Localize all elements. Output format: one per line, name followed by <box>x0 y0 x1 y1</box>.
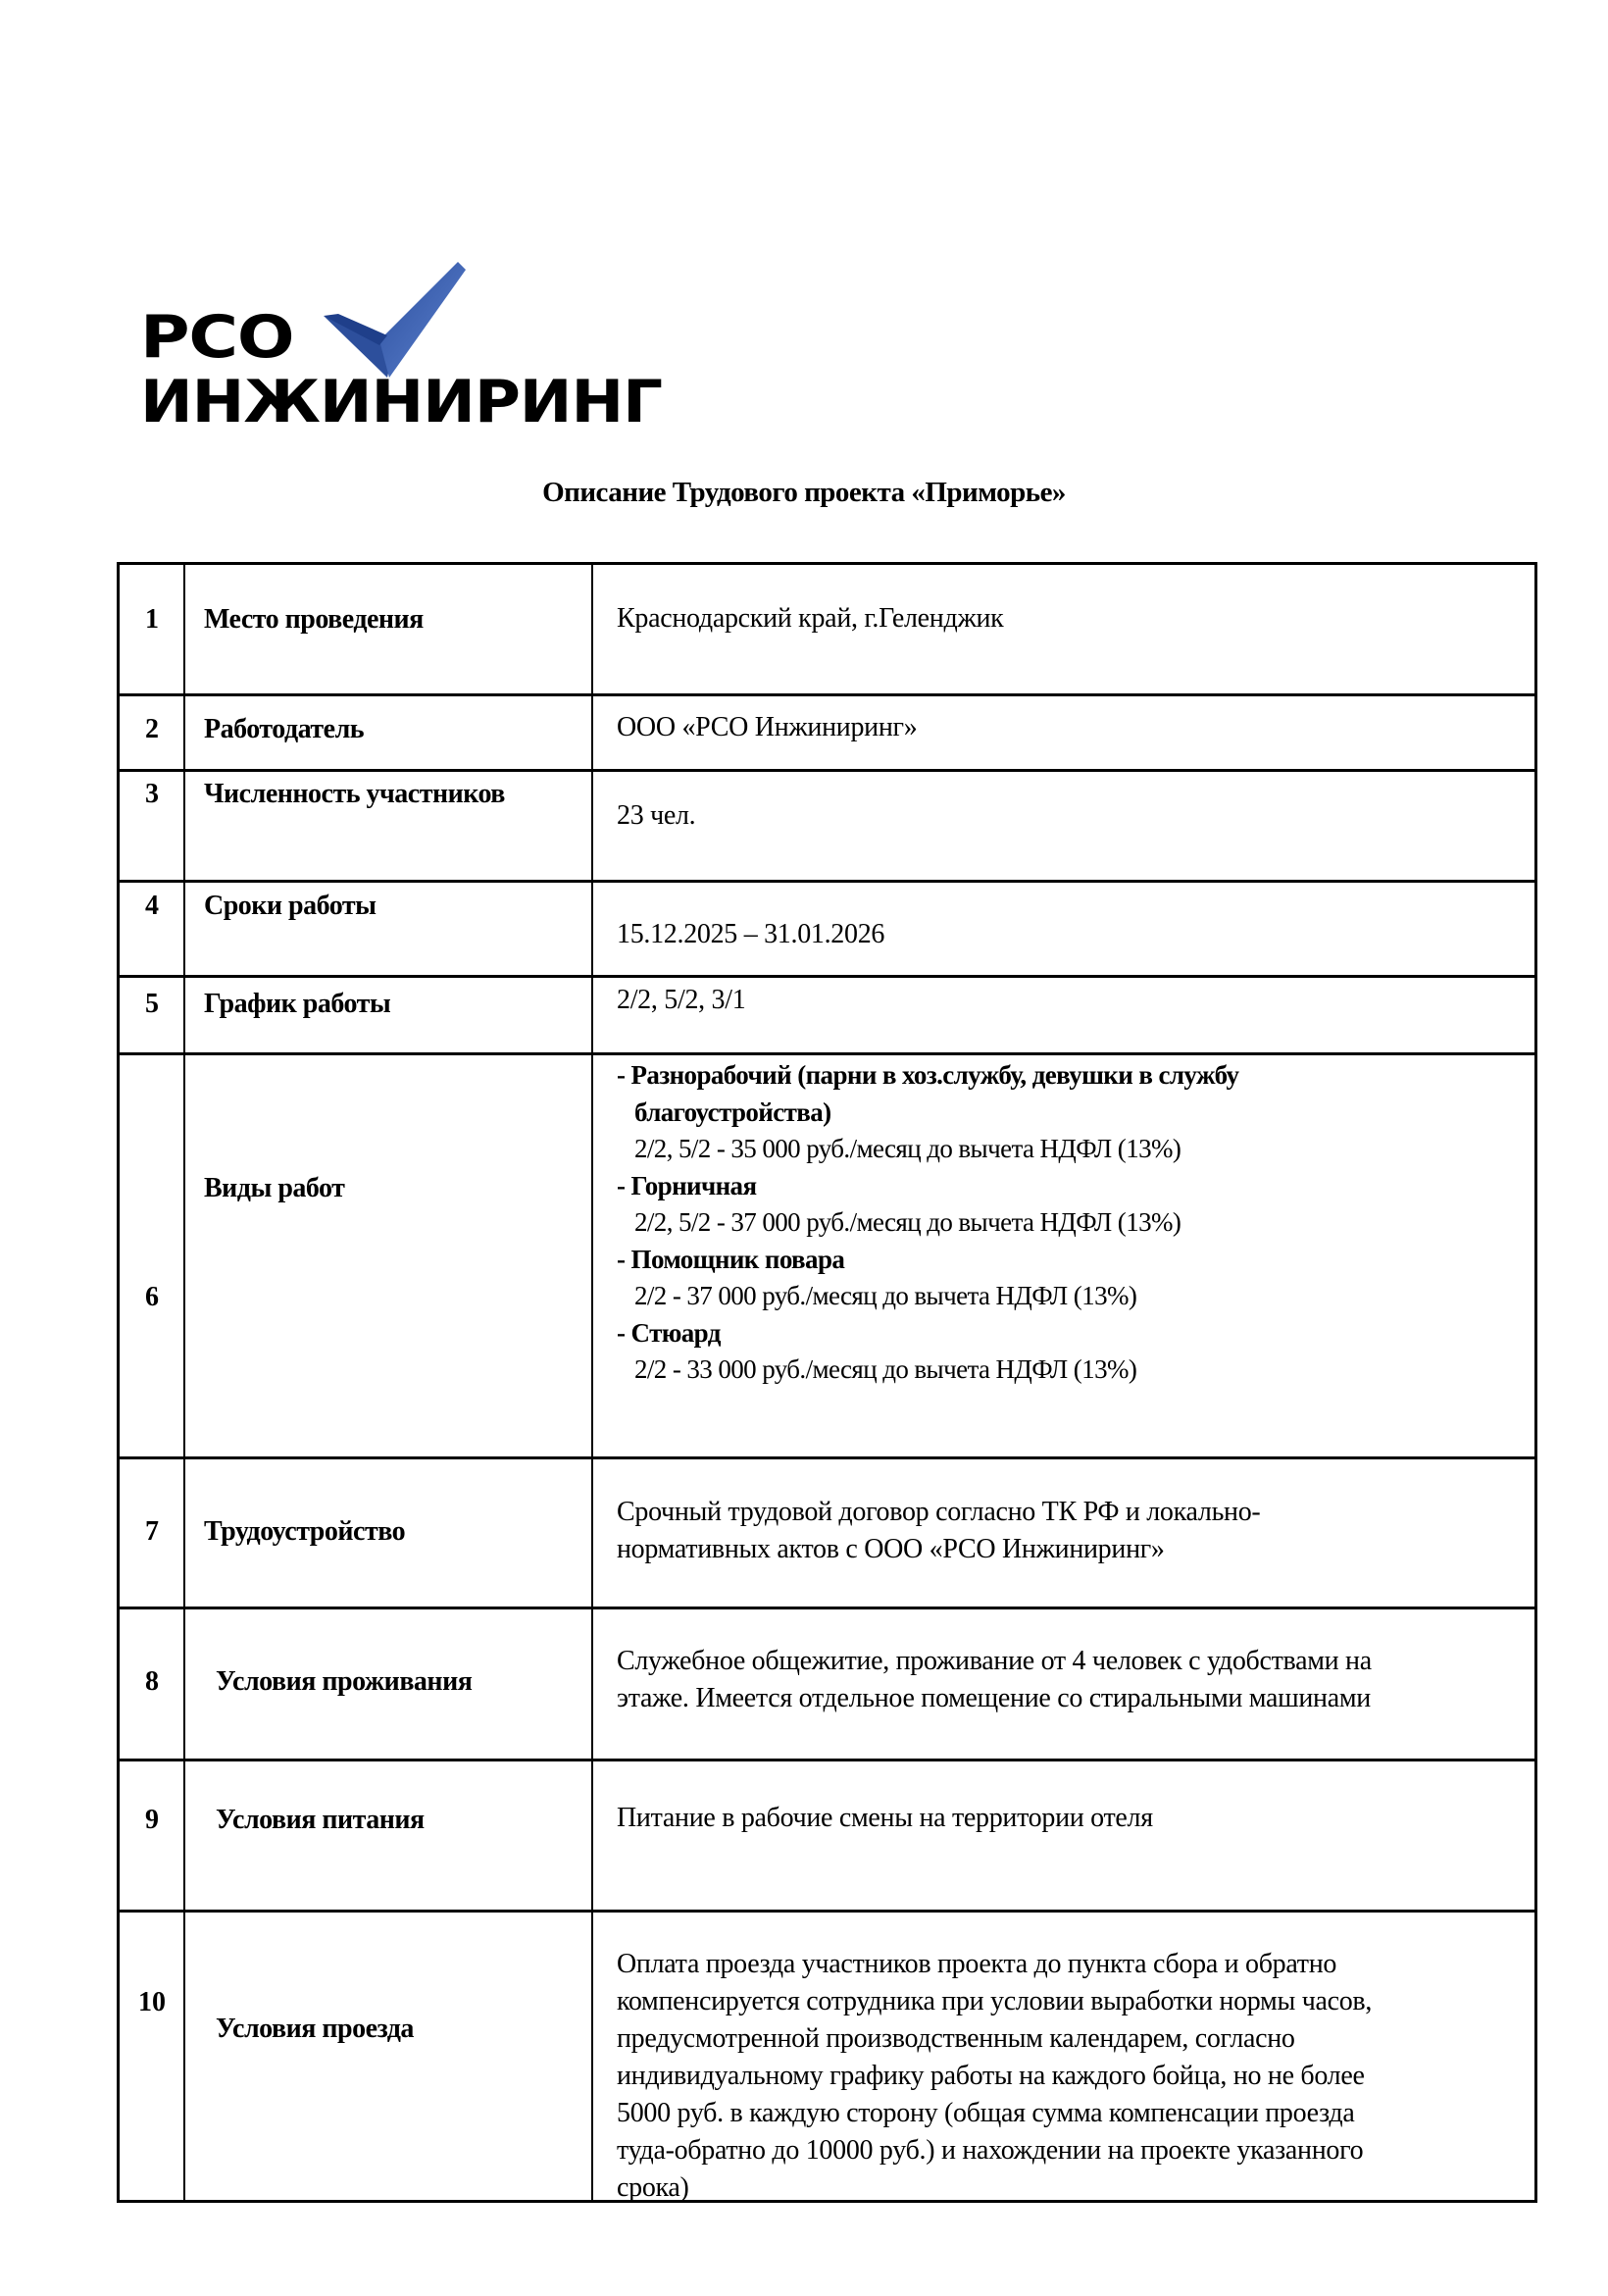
row-number: 1 <box>120 565 184 696</box>
job-detail: 2/2, 5/2 - 37 000 руб./месяц до вычета Н… <box>617 1204 1238 1242</box>
value-line: 5000 руб. в каждую сторону (общая сумма … <box>617 2095 1354 2132</box>
row-value: Питание в рабочие смены на территории от… <box>594 1761 1534 1913</box>
table-row: 7 Трудоустройство Срочный трудовой догов… <box>120 1456 1534 1609</box>
row-value: Краснодарский край, г.Геленджик <box>594 565 1534 696</box>
row-value-jobs: - Разнорабочий (парни в хоз.службу, деву… <box>594 1055 1534 1459</box>
project-table: 1 Место проведения Краснодарский край, г… <box>117 562 1537 2203</box>
value-line: Срочный трудовой договор согласно ТК РФ … <box>617 1494 1260 1531</box>
row-label: Условия проезда <box>186 1913 592 2203</box>
row-label: Численность участников <box>186 772 592 883</box>
value-line: компенсируется сотрудника при условии вы… <box>617 1983 1372 2020</box>
logo-text-engineering: ИНЖИНИРИНГ <box>140 373 662 432</box>
row-number: 4 <box>120 883 184 978</box>
row-number: 8 <box>120 1609 184 1761</box>
company-logo: РСО ИНЖИНИРИНГ <box>137 255 784 432</box>
row-number: 3 <box>120 772 184 883</box>
value-line: предусмотренной производственным календа… <box>617 2020 1295 2058</box>
job-title: - Помощник повара <box>617 1242 1238 1279</box>
page-title: Описание Трудового проекта «Приморье» <box>0 477 1608 509</box>
table-row: 3 Численность участников 23 чел. <box>120 769 1534 883</box>
row-label: Работодатель <box>186 696 592 772</box>
row-label: Виды работ <box>186 1055 592 1459</box>
row-label: Место проведения <box>186 565 592 696</box>
table-row: 6 Виды работ - Разнорабочий (парни в хоз… <box>120 1052 1534 1459</box>
row-value: Служебное общежитие, проживание от 4 чел… <box>594 1609 1534 1761</box>
row-number: 6 <box>120 1055 184 1459</box>
value-line: индивидуальному графику работы на каждог… <box>617 2058 1365 2095</box>
row-number: 5 <box>120 978 184 1055</box>
job-title: - Разнорабочий (парни в хоз.службу, деву… <box>617 1057 1238 1095</box>
row-number: 2 <box>120 696 184 772</box>
row-label: График работы <box>186 978 592 1055</box>
value-line: Служебное общежитие, проживание от 4 чел… <box>617 1643 1372 1680</box>
value-line: Оплата проезда участников проекта до пун… <box>617 1946 1336 1983</box>
value-line: нормативных актов с ООО «РСО Инжиниринг» <box>617 1531 1165 1568</box>
job-title-continued: благоустройства) <box>617 1095 1238 1132</box>
table-row: 8 Условия проживания Служебное общежитие… <box>120 1607 1534 1761</box>
job-detail: 2/2, 5/2 - 35 000 руб./месяц до вычета Н… <box>617 1131 1238 1168</box>
row-number: 9 <box>120 1761 184 1913</box>
row-label: Условия питания <box>186 1761 592 1913</box>
checkmark-icon <box>319 255 466 383</box>
value-line: туда-обратно до 10000 руб.) и нахождении… <box>617 2132 1363 2169</box>
row-value: 15.12.2025 – 31.01.2026 <box>594 883 1534 978</box>
job-detail: 2/2 - 37 000 руб./месяц до вычета НДФЛ (… <box>617 1278 1238 1315</box>
job-title: - Горничная <box>617 1168 1238 1205</box>
table-row: 2 Работодатель ООО «РСО Инжиниринг» <box>120 693 1534 772</box>
row-value: 23 чел. <box>594 772 1534 883</box>
row-label: Трудоустройство <box>186 1459 592 1609</box>
table-row: 10 Условия проезда Оплата проезда участн… <box>120 1910 1534 2203</box>
value-line: срока) <box>617 2169 689 2207</box>
row-label: Сроки работы <box>186 883 592 978</box>
table-row: 9 Условия питания Питание в рабочие смен… <box>120 1759 1534 1913</box>
logo-text-rso: РСО <box>140 308 293 367</box>
row-value: ООО «РСО Инжиниринг» <box>594 696 1534 772</box>
row-value: Оплата проезда участников проекта до пун… <box>594 1913 1534 2203</box>
job-detail: 2/2 - 33 000 руб./месяц до вычета НДФЛ (… <box>617 1352 1238 1389</box>
table-row: 1 Место проведения Краснодарский край, г… <box>120 565 1534 696</box>
value-line: этаже. Имеется отдельное помещение со ст… <box>617 1680 1371 1717</box>
job-list: - Разнорабочий (парни в хоз.службу, деву… <box>617 1057 1238 1389</box>
row-label: Условия проживания <box>186 1609 592 1761</box>
row-value: 2/2, 5/2, 3/1 <box>594 978 1534 1055</box>
row-number: 10 <box>120 1913 184 2203</box>
row-value: Срочный трудовой договор согласно ТК РФ … <box>594 1459 1534 1609</box>
table-row: 5 График работы 2/2, 5/2, 3/1 <box>120 975 1534 1055</box>
table-row: 4 Сроки работы 15.12.2025 – 31.01.2026 <box>120 880 1534 978</box>
row-number: 7 <box>120 1459 184 1609</box>
job-title: - Стюард <box>617 1315 1238 1352</box>
